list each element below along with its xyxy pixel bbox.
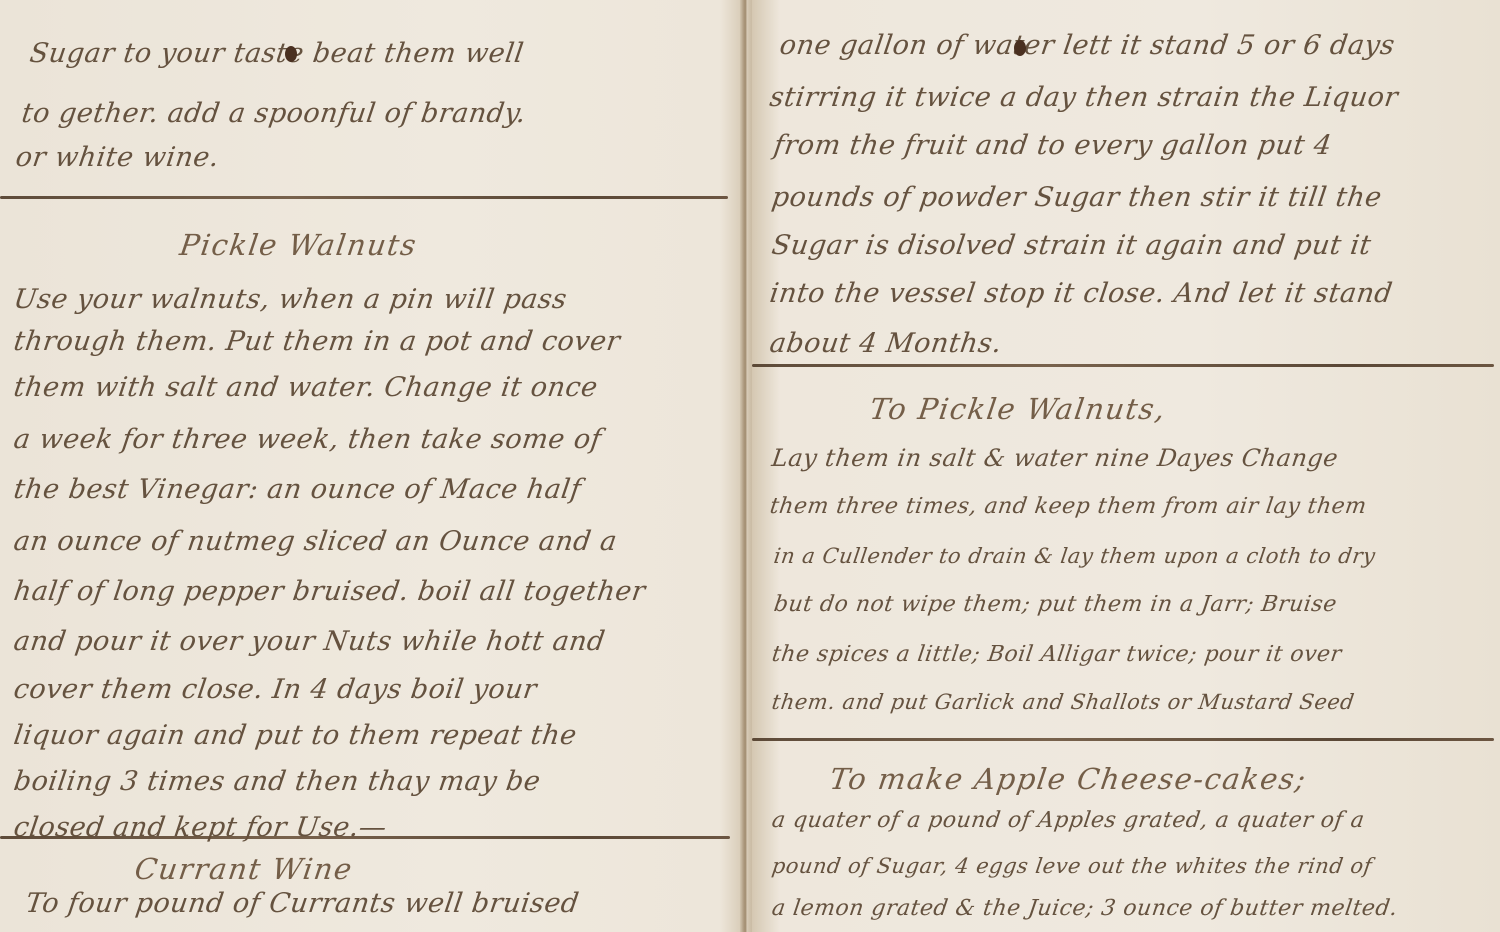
recipe-1-line-7: half of long pepper bruised. boil all to… <box>12 576 648 607</box>
left-continuation-line-1: Sugar to your taste beat them well <box>28 38 526 69</box>
section-divider <box>752 364 1494 367</box>
recipe-1-line-1: Use your walnuts, when a pin will pass <box>12 284 569 315</box>
recipe-title-to-pickle-walnuts: To Pickle Walnuts, <box>868 392 1169 426</box>
manuscript-spread: Sugar to your taste beat them well to ge… <box>0 0 1500 932</box>
recipe-2-line-1: To four pound of Currants well bruised <box>24 888 581 919</box>
recipe-3-line-3: in a Cullender to drain & lay them upon … <box>772 544 1377 568</box>
recipe-1-line-5: the best Vinegar: an ounce of Mace half <box>12 474 583 505</box>
section-divider <box>0 836 730 839</box>
left-continuation-line-3: or white wine. <box>14 142 221 173</box>
recipe-1-line-2: through them. Put them in a pot and cove… <box>12 326 622 357</box>
recipe-4-line-2: pound of Sugar, 4 eggs leve out the whit… <box>770 854 1373 878</box>
right-continuation-line-1: one gallon of water lett it stand 5 or 6… <box>778 30 1397 61</box>
left-continuation-line-2: to gether. add a spoonful of brandy. <box>20 98 528 129</box>
recipe-3-line-6: them. and put Garlick and Shallots or Mu… <box>770 690 1356 714</box>
recipe-4-line-1: a quater of a pound of Apples grated, a … <box>770 808 1366 833</box>
right-continuation-line-7: about 4 Months. <box>768 328 1004 359</box>
recipe-1-line-11: boiling 3 times and then thay may be <box>12 766 543 797</box>
right-continuation-line-5: Sugar is disolved strain it again and pu… <box>770 230 1373 261</box>
book-gutter <box>740 0 752 932</box>
recipe-3-line-4: but do not wipe them; put them in a Jarr… <box>772 592 1338 617</box>
section-divider <box>0 196 728 199</box>
recipe-title-currant-wine: Currant Wine <box>133 852 356 886</box>
right-continuation-line-3: from the fruit and to every gallon put 4 <box>772 130 1334 161</box>
recipe-1-line-4: a week for three week, then take some of <box>12 424 604 455</box>
recipe-3-line-5: the spices a little; Boil Alligar twice;… <box>770 642 1343 667</box>
recipe-1-line-9: cover them close. In 4 days boil your <box>12 674 539 705</box>
recipe-1-line-10: liquor again and put to them repeat the <box>12 720 579 751</box>
ink-blot <box>285 46 297 62</box>
ink-blot <box>1014 40 1026 56</box>
recipe-4-line-3: a lemon grated & the Juice; 3 ounce of b… <box>770 896 1399 921</box>
recipe-title-apple-cheesecakes: To make Apple Cheese-cakes; <box>828 762 1309 796</box>
recipe-3-line-2: them three times, and keep them from air… <box>768 494 1368 519</box>
right-continuation-line-6: into the vessel stop it close. And let i… <box>768 278 1395 309</box>
right-page: one gallon of water lett it stand 5 or 6… <box>752 0 1500 932</box>
recipe-1-line-8: and pour it over your Nuts while hott an… <box>12 626 607 657</box>
recipe-1-line-3: them with salt and water. Change it once <box>12 372 600 403</box>
recipe-3-line-1: Lay them in salt & water nine Dayes Chan… <box>770 444 1340 472</box>
recipe-title-pickle-walnuts: Pickle Walnuts <box>178 228 420 262</box>
section-divider <box>752 738 1494 741</box>
right-continuation-line-4: pounds of powder Sugar then stir it till… <box>770 182 1384 213</box>
right-continuation-line-2: stirring it twice a day then strain the … <box>768 82 1400 113</box>
recipe-1-line-6: an ounce of nutmeg sliced an Ounce and a <box>12 526 619 557</box>
left-page: Sugar to your taste beat them well to ge… <box>0 0 742 932</box>
